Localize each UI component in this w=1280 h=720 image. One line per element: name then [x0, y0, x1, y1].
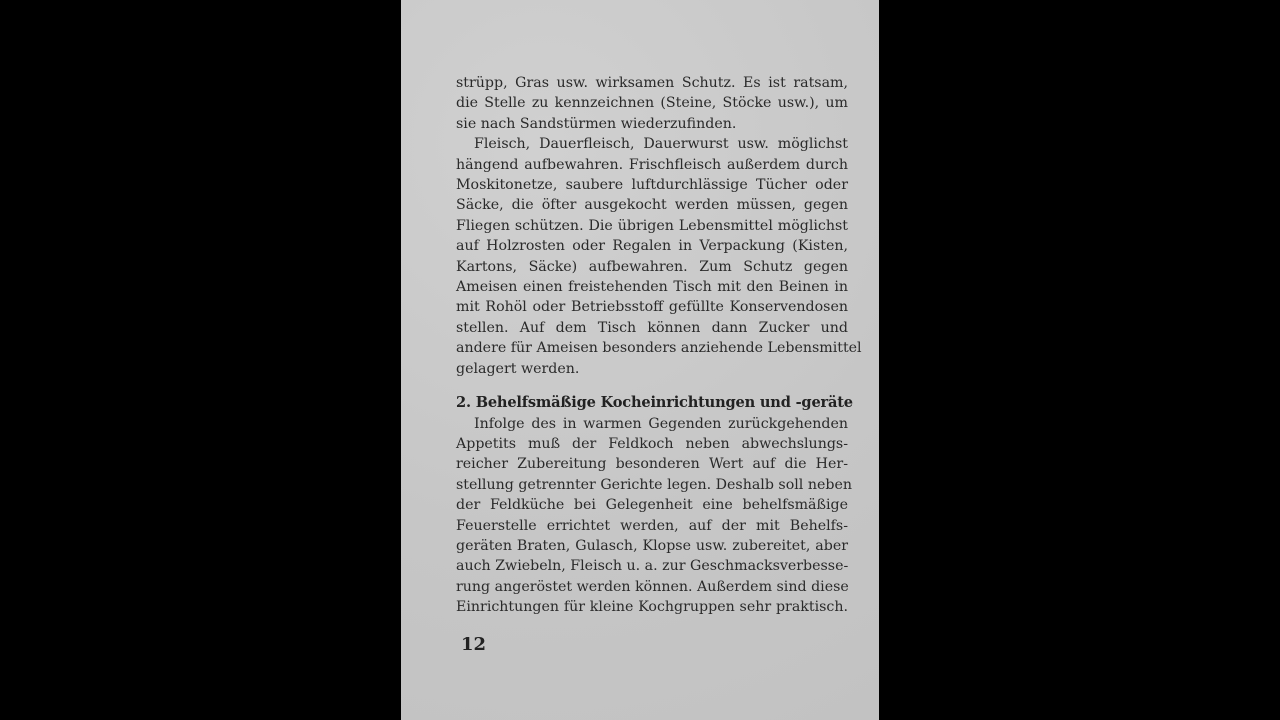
text-line: Einrichtungen für kleine Kochgruppen seh…	[456, 597, 848, 617]
text-line: Infolge des in warmen Gegenden zurückgeh…	[456, 414, 848, 434]
paragraph-1: strüpp, Gras usw. wirksamen Schutz. Es i…	[456, 73, 848, 134]
text-line: auch Zwiebeln, Fleisch u. a. zur Geschma…	[456, 556, 848, 576]
section-paragraph: Infolge des in warmen Gegenden zurückgeh…	[456, 414, 848, 618]
paragraph-2: Fleisch, Dauerfleisch, Dauerwurst usw. m…	[456, 134, 848, 379]
text-line: hängend aufbewahren. Frischfleisch außer…	[456, 155, 848, 175]
text-line: Kartons, Säcke) aufbewahren. Zum Schutz …	[456, 257, 848, 277]
text-line: Fliegen schützen. Die übrigen Lebensmitt…	[456, 216, 848, 236]
book-page: strüpp, Gras usw. wirksamen Schutz. Es i…	[401, 0, 879, 720]
text-line: reicher Zubereitung besonderen Wert auf …	[456, 454, 848, 474]
text-line: andere für Ameisen besonders anziehende …	[456, 338, 848, 358]
text-line: Appetits muß der Feldkoch neben abwechsl…	[456, 434, 848, 454]
text-line: die Stelle zu kennzeichnen (Steine, Stöc…	[456, 93, 848, 113]
text-line: rung angeröstet werden können. Außerdem …	[456, 577, 848, 597]
text-line: gelagert werden.	[456, 359, 848, 379]
text-line: der Feldküche bei Gelegenheit eine behel…	[456, 495, 848, 515]
page-text: strüpp, Gras usw. wirksamen Schutz. Es i…	[456, 73, 848, 618]
text-line: sie nach Sandstürmen wiederzufinden.	[456, 114, 848, 134]
section-heading: 2. Behelfsmäßige Kocheinrichtungen und -…	[456, 393, 848, 413]
text-line: mit Rohöl oder Betriebsstoff gefüllte Ko…	[456, 297, 848, 317]
text-line: Säcke, die öfter ausgekocht werden müsse…	[456, 195, 848, 215]
text-line: auf Holzrosten oder Regalen in Verpackun…	[456, 236, 848, 256]
text-line: strüpp, Gras usw. wirksamen Schutz. Es i…	[456, 73, 848, 93]
text-line: Fleisch, Dauerfleisch, Dauerwurst usw. m…	[456, 134, 848, 154]
text-line: stellung getrennter Gerichte legen. Desh…	[456, 475, 848, 495]
page-number: 12	[461, 634, 486, 655]
text-line: geräten Braten, Gulasch, Klopse usw. zub…	[456, 536, 848, 556]
text-line: Feuerstelle errichtet werden, auf der mi…	[456, 516, 848, 536]
text-line: stellen. Auf dem Tisch können dann Zucke…	[456, 318, 848, 338]
text-line: Ameisen einen freistehenden Tisch mit de…	[456, 277, 848, 297]
text-line: Moskitonetze, saubere luftdurchlässige T…	[456, 175, 848, 195]
